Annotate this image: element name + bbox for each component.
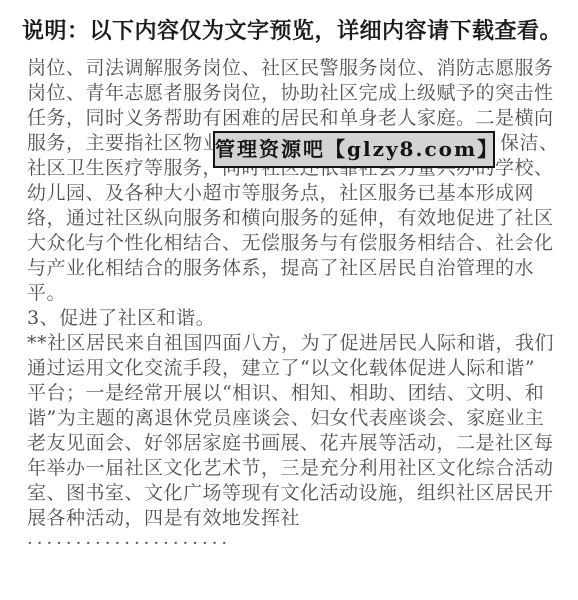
- text-segment-after-watermark: 保洁、: [500, 132, 559, 154]
- watermark-badge: 管理资源吧【glzy8.com】: [213, 131, 495, 168]
- text-line: 幼儿园、及各种大小超市等服务点，社区服务已基本形成网: [27, 181, 567, 206]
- text-line: 年举办一届社区文化艺术节，三是充分利用社区文化综合活动: [27, 456, 567, 481]
- text-line: 3、促进了社区和谐。: [27, 306, 567, 331]
- text-line: 老友见面会、好邻居家庭书画展、花卉展等活动，二是社区每: [27, 431, 567, 456]
- text-line: 岗位、司法调解服务岗位、社区民警服务岗位、消防志愿服务: [27, 56, 567, 81]
- text-line: 平。: [27, 281, 567, 306]
- text-line: 室、图书室、文化广场等现有文化活动设施，组织社区居民开: [27, 481, 567, 506]
- text-segment-before-watermark: 服务，主要指社区物业: [27, 132, 222, 154]
- text-line: 大众化与个性化相结合、无偿服务与有偿服务相结合、社会化: [27, 231, 567, 256]
- text-line: 岗位、青年志愿者服务岗位，协助社区完成上级赋予的突击性: [27, 81, 567, 106]
- preview-notice: 说明：以下内容仅为文字预览，详细内容请下载查看。: [22, 14, 562, 45]
- document-preview-page: 说明：以下内容仅为文字预览，详细内容请下载查看。 岗位、司法调解服务岗位、社区民…: [0, 0, 578, 600]
- text-line: 谐”为主题的离退休党员座谈会、妇女代表座谈会、家庭业主: [27, 406, 567, 431]
- text-line: 与产业化相结合的服务体系，提高了社区居民自治管理的水: [27, 256, 567, 281]
- ellipsis-line: ·····················: [27, 531, 567, 556]
- text-line: 通过运用文化交流手段，建立了“以文化载体促进人际和谐”: [27, 356, 567, 381]
- text-line: 展各种活动，四是有效地发挥社: [27, 506, 567, 531]
- text-line: 平台；一是经常开展以“相识、相知、相助、团结、文明、和: [27, 381, 567, 406]
- text-line: **社区居民来自祖国四面八方，为了促进居民人际和谐，我们: [27, 331, 567, 356]
- text-line: 络，通过社区纵向服务和横向服务的延伸，有效地促进了社区: [27, 206, 567, 231]
- text-line: 任务，同时义务帮助有困难的居民和单身老人家庭。二是横向: [27, 106, 567, 131]
